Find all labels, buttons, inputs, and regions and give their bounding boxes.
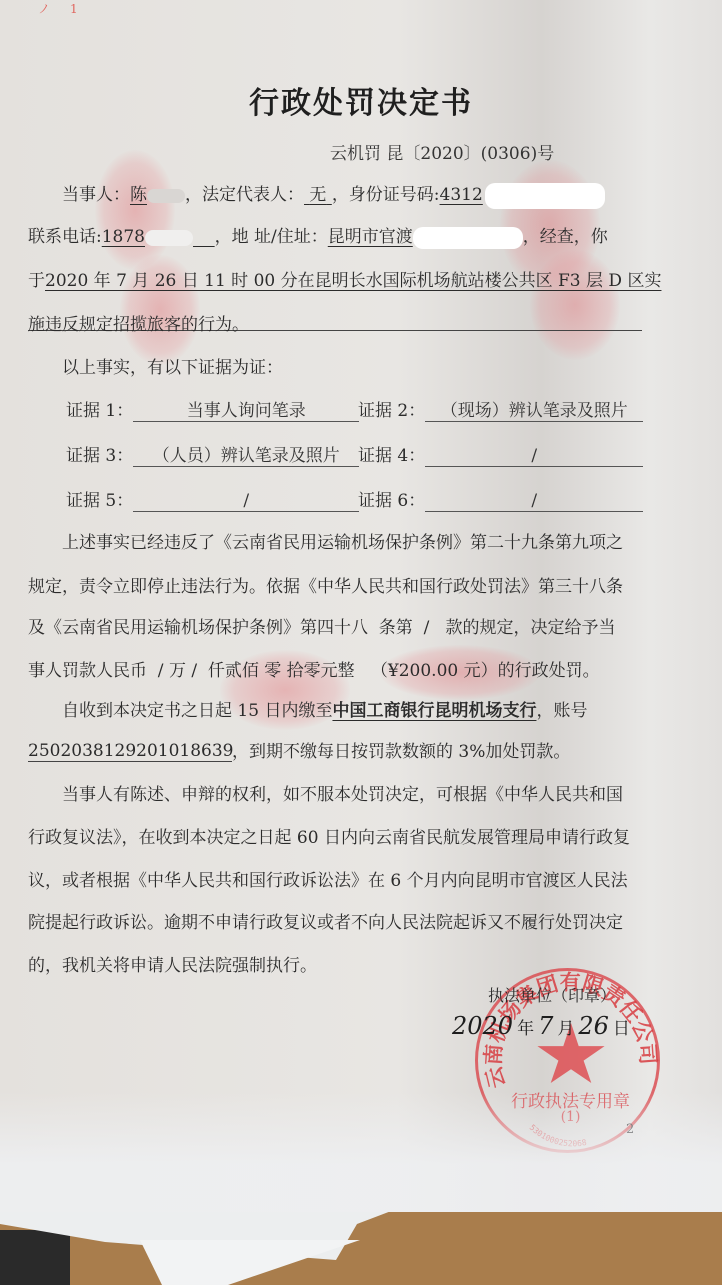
rights-line-4: 院提起行政诉讼。逾期不申请行政复议或者不向人民法院起诉又不履行处罚决定 xyxy=(28,908,648,933)
day-unit: 日 xyxy=(613,1019,630,1039)
facts-line-1: 于2020 年 7 月 26 日 11 时 00 分在昆明长水国际机场航站楼公共… xyxy=(28,266,648,291)
seal-sequence: (1) xyxy=(478,1109,663,1125)
violation-line-4: 事人罚款人民币 / 万 / 仟贰佰 零 拾零元整 （¥200.00 元）的行政处… xyxy=(28,656,648,681)
month-unit: 月 xyxy=(557,1019,574,1039)
phone-number: 1878 xyxy=(102,227,215,247)
account-number: 2502038129201018639 xyxy=(28,741,232,762)
redaction-mark xyxy=(413,227,523,249)
phone-label: 联系电话: xyxy=(28,227,102,247)
payment-bank: 中国工商银行昆明机场支行 xyxy=(332,701,536,721)
payment-line-1: 自收到本决定书之日起 15 日内缴至中国工商银行昆明机场支行，账号 xyxy=(62,696,682,721)
id-number: 4312 xyxy=(440,185,483,205)
signature-date: 2020年7月26日 xyxy=(452,1012,634,1040)
legal-rep-label: ，法定代表人： xyxy=(185,185,304,205)
redaction-mark xyxy=(485,183,605,209)
seal-purpose: 行政执法专用章 xyxy=(508,1087,633,1112)
payment-line-2: 2502038129201018639，到期不缴每日按罚款数额的 3%加处罚款。 xyxy=(28,737,648,762)
facts-conduct: 施违反规定招揽旅客的行为。 xyxy=(28,310,642,331)
facts-line-2: 施违反规定招揽旅客的行为。 xyxy=(28,310,648,331)
address-label: ，地 址/住址： xyxy=(215,227,328,247)
party-line: 当事人：陈，法定代表人： 无 ，身份证号码:4312 xyxy=(62,180,682,209)
violation-line-2: 规定，责令立即停止违法行为。依据《中华人民共和国行政处罚法》第三十八条 xyxy=(28,572,648,597)
evidence-item-6: 证据 6：/ xyxy=(358,486,643,512)
fingerprint-mark xyxy=(95,150,175,270)
desk-background xyxy=(0,1200,722,1285)
late-fee-text: ，到期不缴每日按罚款数额的 3%加处罚款。 xyxy=(232,742,570,762)
payment-prefix: 自收到本决定书之日起 15 日内缴至 xyxy=(62,701,332,721)
investigated-text: ，经查，你 xyxy=(523,227,608,247)
evidence-item-1: 证据 1：当事人询问笔录 xyxy=(66,396,359,422)
rights-line-1: 当事人有陈述、申辩的权利，如不服本处罚决定，可根据《中华人民共和国 xyxy=(62,780,682,805)
violation-line-3: 及《云南省民用运输机场保护条例》第四十八 条第 / 款的规定，决定给予当 xyxy=(28,613,648,638)
evidence-item-2: 证据 2：（现场）辨认笔录及照片 xyxy=(358,396,643,422)
underlying-paper-corner xyxy=(140,1240,360,1285)
page-number: 2 xyxy=(626,1122,634,1137)
top-red-mark: ノ1 xyxy=(38,0,98,17)
legal-rep-value: 无 xyxy=(304,185,332,205)
id-label: ，身份证号码: xyxy=(332,185,440,205)
document-title: 行政处罚决定书 xyxy=(0,78,722,122)
document-number: 云机罚 昆〔2020〕(0306)号 xyxy=(330,139,554,164)
evidence-item-4: 证据 4：/ xyxy=(358,441,643,467)
rights-line-3: 议，或者根据《中华人民共和国行政诉讼法》在 6 个月内向昆明市官渡区人民法 xyxy=(28,866,648,891)
year-unit: 年 xyxy=(517,1019,534,1039)
svg-text:5301000252068: 5301000252068 xyxy=(528,1123,588,1148)
date-day: 26 xyxy=(578,1012,609,1040)
rights-line-2: 行政复议法》，在收到本决定之日起 60 日内向云南省民航发展管理局申请行政复 xyxy=(28,823,648,848)
date-month: 7 xyxy=(538,1012,553,1040)
evidence-item-3: 证据 3：（人员）辨认笔录及照片 xyxy=(66,441,359,467)
contact-line: 联系电话:1878 ，地 址/住址：昆明市官渡，经查，你 xyxy=(28,222,648,249)
evidence-item-5: 证据 5：/ xyxy=(66,486,359,512)
issuer-label: 执法单位（印章） xyxy=(488,983,616,1006)
facts-time-place: 2020 年 7 月 26 日 11 时 00 分在昆明长水国际机场航站楼公共区… xyxy=(45,271,661,291)
violation-line-1: 上述事实已经违反了《云南省民用运输机场保护条例》第二十九条第九项之 xyxy=(62,528,682,553)
party-label: 当事人： xyxy=(62,185,130,205)
party-name: 陈 xyxy=(130,185,185,205)
document-page: ノ1 行政处罚决定书 云机罚 昆〔2020〕(0306)号 当事人：陈，法定代表… xyxy=(0,0,722,1212)
evidence-intro: 以上事实，有以下证据为证： xyxy=(62,353,682,378)
date-year: 2020 xyxy=(452,1012,513,1040)
desk-shadow xyxy=(0,1230,70,1285)
address-value: 昆明市官渡 xyxy=(328,227,413,247)
facts-prefix: 于 xyxy=(28,271,45,291)
account-label: ，账号 xyxy=(536,701,587,721)
